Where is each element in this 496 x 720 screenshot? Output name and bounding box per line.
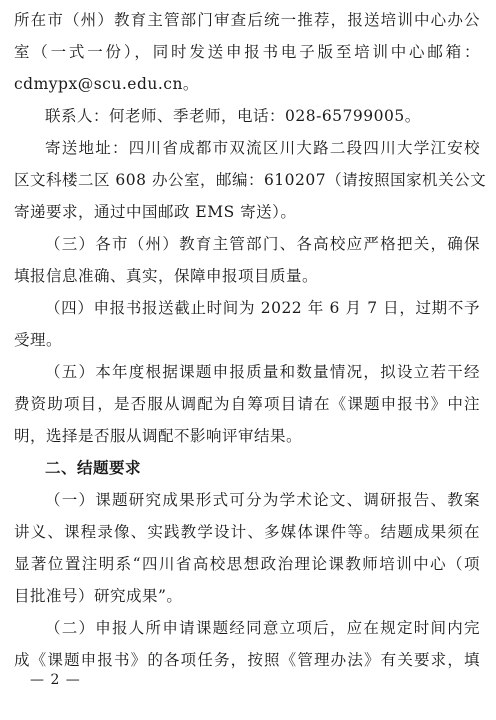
text-line: 所在市（州）教育主管部门审查后统一推荐，报送培训中心办公 [14,4,480,36]
text-line: （二）申报人所申请课题经同意立项后，应在规定时间内完 [14,612,480,644]
deadline-line: （四）申报书报送截止时间为 2022 年 6 月 7 日，过期不予 [14,292,480,324]
text-line: cdmypx@scu.edu.cn。 [14,68,480,100]
text-line: 区文科楼二区 608 办公室，邮编：610207（请按照国家机关公文 [14,164,480,196]
text-line: 寄递要求，通过中国邮政 EMS 寄送）。 [14,196,480,228]
text-line: 填报信息准确、真实，保障申报项目质量。 [14,260,480,292]
text-line: 显著位置注明系“四川省高校思想政治理论课教师培训中心（项 [14,548,480,580]
document-page: 所在市（州）教育主管部门审查后统一推荐，报送培训中心办公 室（一式一份），同时发… [14,4,480,676]
text-line: （三）各市（州）教育主管部门、各高校应严格把关，确保 [14,228,480,260]
text-line: 明，选择是否服从调配不影响评审结果。 [14,420,480,452]
text-line: 受理。 [14,324,480,356]
address-line: 寄送地址：四川省成都市双流区川大路二段四川大学江安校 [14,132,480,164]
page-number: — 2 — [30,672,81,688]
text-line: 目批准号）研究成果”。 [14,580,480,612]
section-heading: 二、结题要求 [14,452,480,484]
text-line: 成《课题申报书》的各项任务，按照《管理办法》有关要求，填 [14,644,480,676]
text-line: 讲义、课程录像、实践教学设计、多媒体课件等。结题成果须在 [14,516,480,548]
contact-line: 联系人：何老师、季老师，电话：028-65799005。 [14,100,480,132]
text-line: 室（一式一份），同时发送申报书电子版至培训中心邮箱： [14,36,480,68]
text-line: （一）课题研究成果形式可分为学术论文、调研报告、教案 [14,484,480,516]
text-line: （五）本年度根据课题申报质量和数量情况，拟设立若干经 [14,356,480,388]
text-line: 费资助项目，是否服从调配为自筹项目请在《课题申报书》中注 [14,388,480,420]
